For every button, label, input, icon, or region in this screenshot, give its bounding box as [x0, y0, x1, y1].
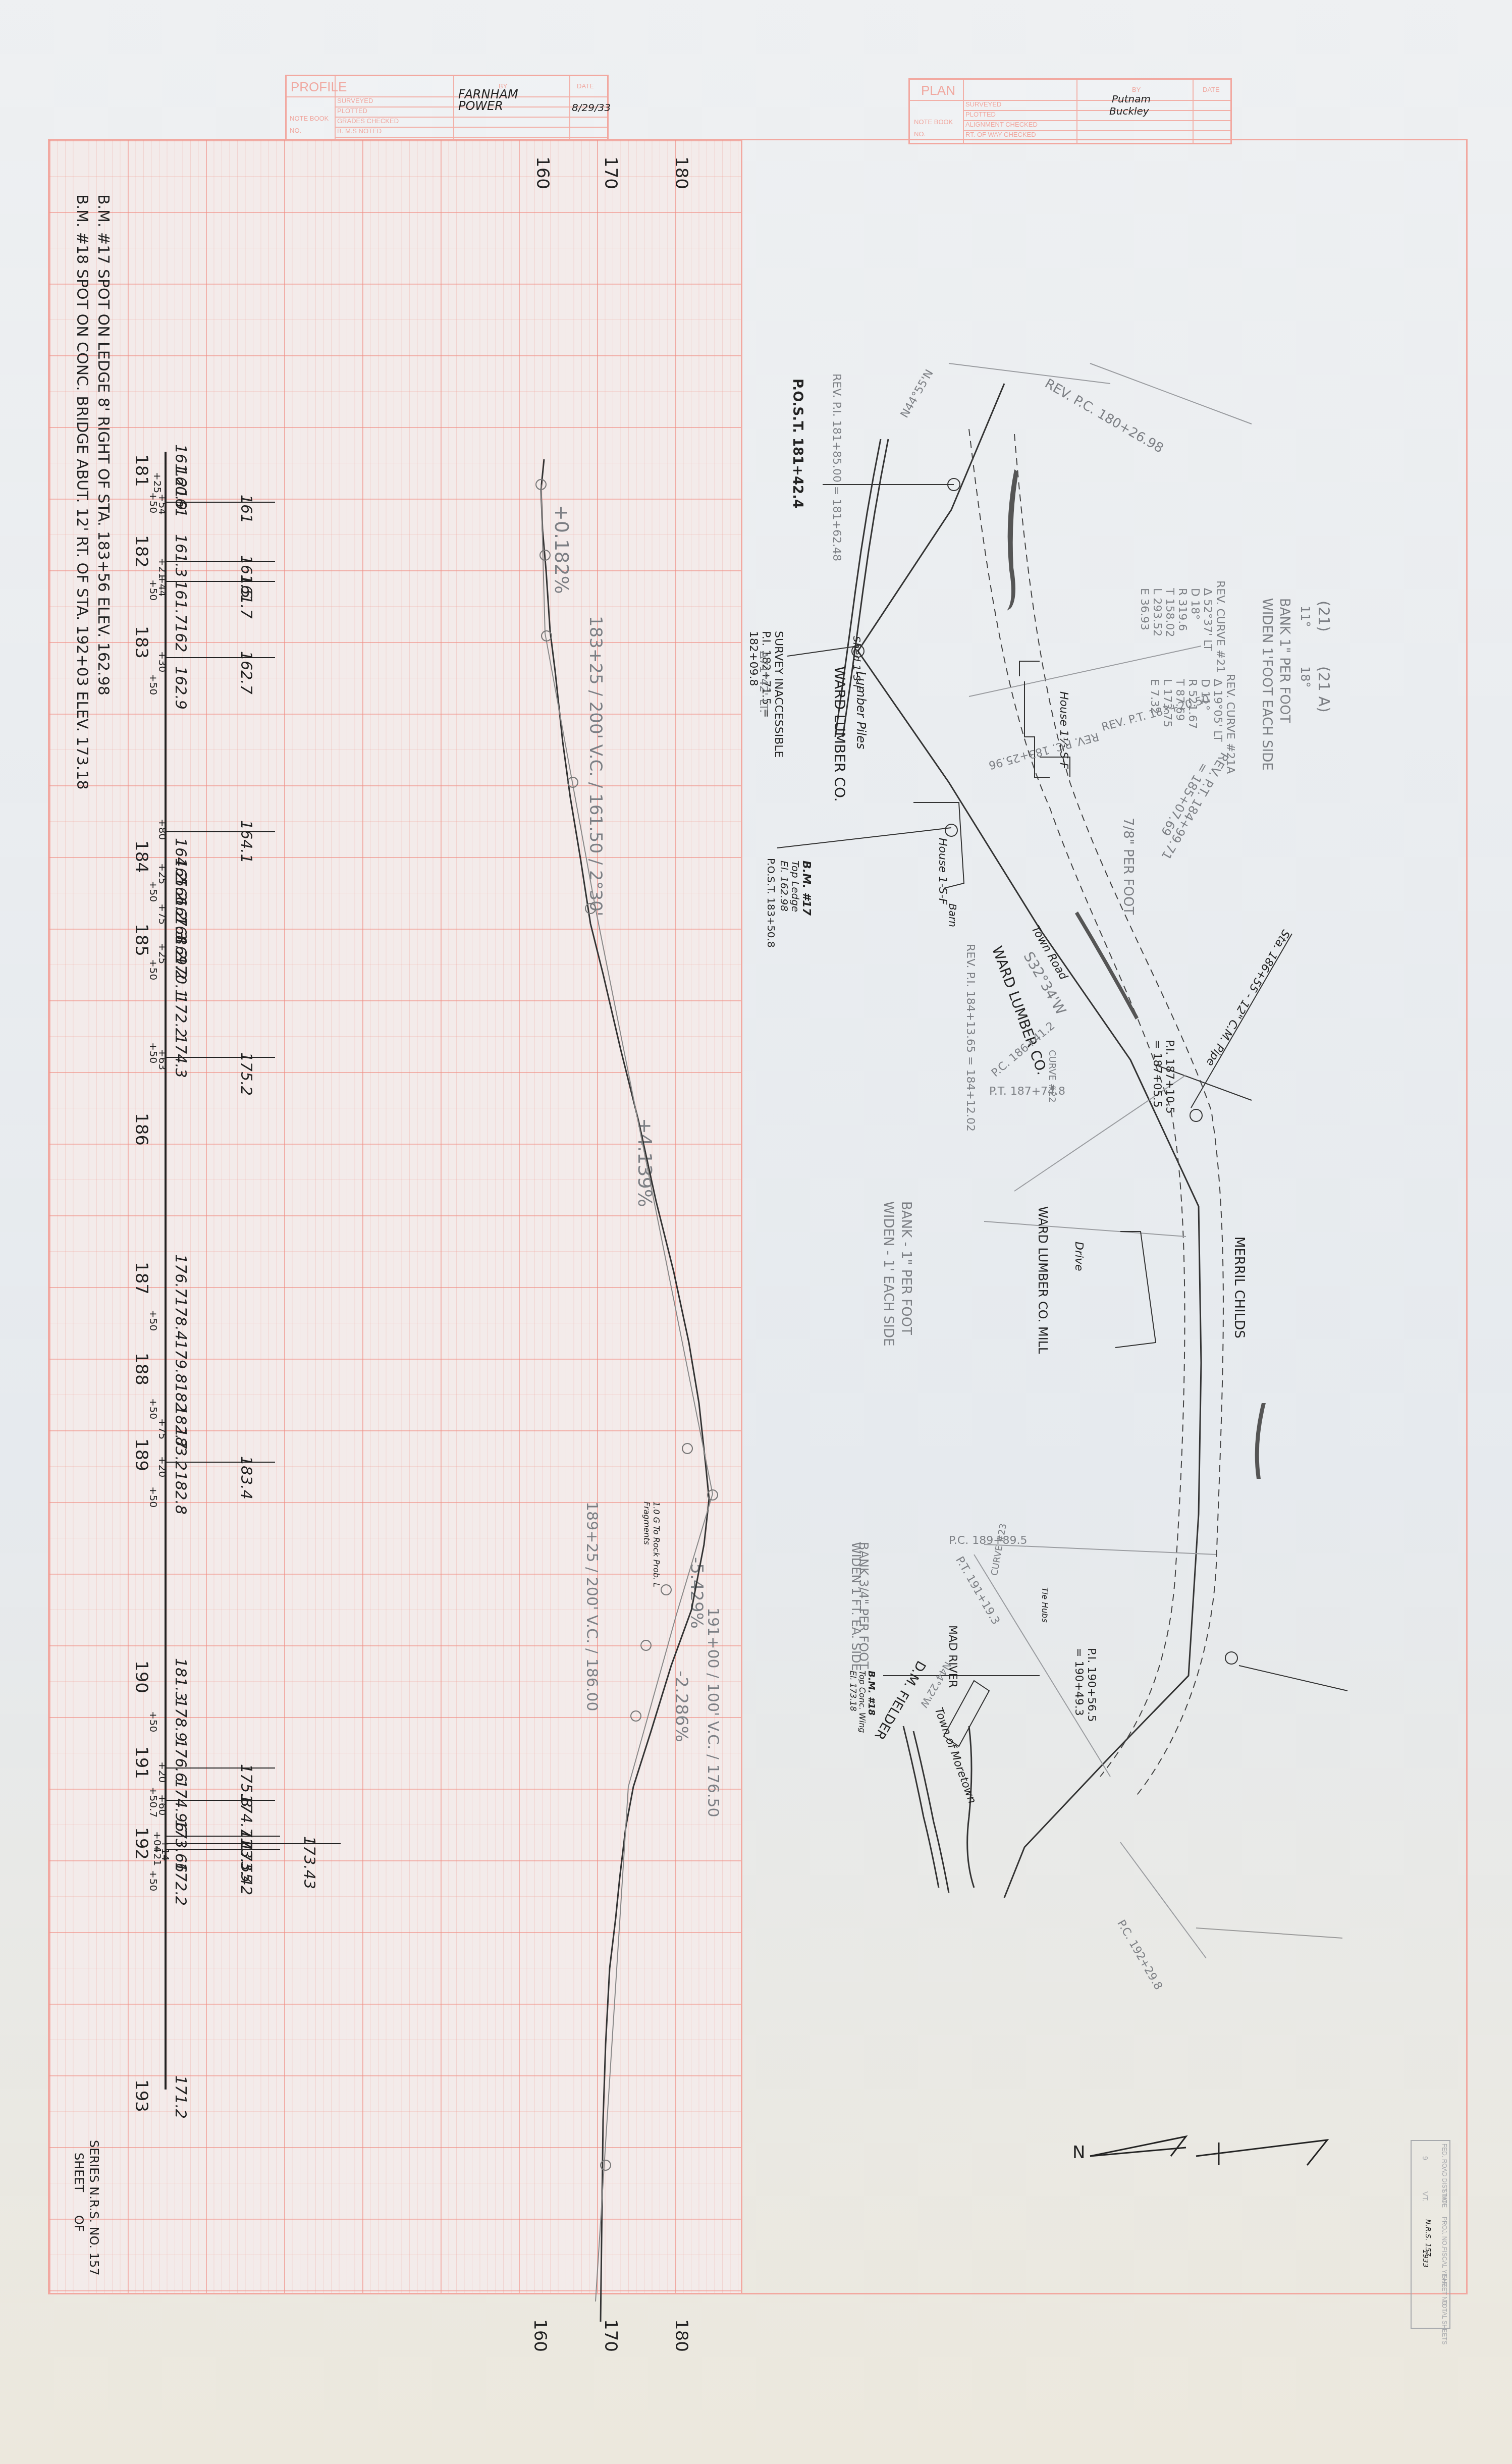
label-widen-1: WIDEN - 1' EACH SIDE — [881, 1201, 896, 1347]
curve21a-degree: 18° — [1298, 666, 1312, 688]
curve21-circle-label: (21) — [1315, 601, 1332, 632]
label-tie-hubs: Tie Hubs — [1040, 1587, 1050, 1623]
rev-curve-21-delta: Δ 52°37' LT — [1201, 588, 1214, 651]
plan-road-edges — [969, 429, 1223, 1797]
rev-curve-21-title: REV. CURVE #21 — [1214, 580, 1226, 673]
label-post-181: P.O.S.T. 181+42.4 — [790, 379, 805, 508]
fed-header-state: STATE — [1441, 2189, 1448, 2208]
label-pi-187: P.I. 187+10.5 = 187+05.5 — [1151, 1040, 1176, 1120]
fed-value-state: VT. — [1421, 2191, 1429, 2202]
label-post-183: P.O.S.T. 183+50.8 — [765, 858, 777, 948]
label-bm17-1: B.M. #17 — [800, 861, 813, 916]
curve21-degree: 11° — [1298, 606, 1312, 627]
label-pi-190: P.I. 190+56.5 = 190+49.3 — [1072, 1648, 1098, 1729]
rev-curve-21a-t: T 87.69 — [1173, 679, 1186, 721]
label-pt-187: P.T. 187+74.8 — [989, 1085, 1065, 1098]
label-bm18-1: B.M. #18 — [866, 1671, 877, 1716]
label-ward-lumber-1: WARD LUMBER CO. — [831, 666, 848, 802]
curve21a-circle-label: (21 A) — [1315, 666, 1332, 713]
label-pc-189: P.C. 189+89.5 — [949, 1534, 1028, 1547]
sheet-of-label: SHEET OF — [72, 2153, 86, 2232]
rev-curve-21a-delta: Δ 19°05' LT — [1211, 679, 1224, 742]
label-seven-eighths: 7/8" PER FOOT — [1120, 818, 1136, 915]
label-mad-river: MAD RIVER — [946, 1625, 959, 1688]
fed-header-proj: PROJ. NO. — [1441, 2217, 1448, 2247]
curve21-widen: WIDEN 1'FOOT EACH SIDE — [1259, 598, 1274, 771]
rev-curve-21-r: R 319.6 — [1176, 588, 1189, 631]
label-ward-lumber-mill: WARD LUMBER CO. MILL — [1036, 1206, 1050, 1358]
rev-curve-21a-r: R 521.67 — [1186, 679, 1199, 729]
label-bank-1: BANK - 1" PER FOOT — [898, 1201, 913, 1335]
fed-value-fiscal: 1933 — [1421, 2249, 1429, 2268]
label-delta-182: Δ71°42' LT. — [757, 651, 770, 713]
label-house-2: House 1-S-F — [936, 838, 949, 904]
grade-line — [541, 485, 713, 2301]
drawing-sheet: PROFILE SURVEYED PLOTTED GRADES CHECKED … — [0, 0, 1512, 2464]
label-widen-34: WIDEN 1 FT. EA. SIDE — [849, 1542, 863, 1671]
rev-curve-21a-d: D 11° — [1199, 679, 1211, 711]
north-arrow-icon — [1090, 2136, 1327, 2165]
fed-value-dist: 9 — [1421, 2156, 1429, 2160]
label-bm18-2: Top Conc. Wing — [857, 1671, 867, 1733]
label-house-1: House 1½-S-F — [1057, 691, 1070, 769]
pencil-arrow — [1196, 1928, 1342, 1938]
rev-curve-21a-l: L 173.75 — [1161, 679, 1173, 727]
rev-curve-21-d: D 18° — [1189, 588, 1201, 620]
label-bm18-3: El. 173.18 — [848, 1671, 858, 1711]
linework-layer — [0, 0, 1512, 2464]
label-rev-pi-184: REV. P.I. 184+13.65 = 184+12.02 — [964, 944, 977, 1132]
rev-curve-21a-e: E 7.32 — [1148, 679, 1161, 714]
rev-curve-21a-title: REV. CURVE #21A — [1224, 674, 1236, 774]
label-rev-pi-181: REV. P.I. 181+85.00 = 181+62.48 — [830, 373, 843, 561]
curve21-bank: BANK 1" PER FOOT — [1277, 598, 1292, 723]
plus-tick-lines — [166, 502, 341, 1849]
series-label: SERIES N.R.S. NO. 157 — [87, 2140, 101, 2276]
label-bm17-2: Top Ledge — [789, 861, 801, 912]
fed-header-total: TOTAL SHEETS — [1441, 2300, 1448, 2344]
label-shed: Shed 1-S-F — [851, 636, 863, 690]
plan-buildings — [913, 661, 1156, 1348]
label-barn: Barn — [947, 903, 959, 927]
label-bm17-3: El. 162.98 — [778, 861, 790, 912]
federal-road-box: FED. ROAD DIST. NO. STATE PROJ. NO. FISC… — [1411, 2140, 1450, 2329]
rev-curve-21-t: T 158.02 — [1163, 588, 1176, 637]
rev-curve-21-l: L 293.52 — [1151, 588, 1163, 636]
label-drive: Drive — [1072, 1242, 1085, 1271]
ground-profile-line — [541, 459, 709, 2322]
rev-curve-21-e: E 36.93 — [1138, 588, 1151, 630]
label-north: N — [1072, 2142, 1085, 2163]
label-merril-childs: MERRIL CHILDS — [1231, 1237, 1247, 1338]
